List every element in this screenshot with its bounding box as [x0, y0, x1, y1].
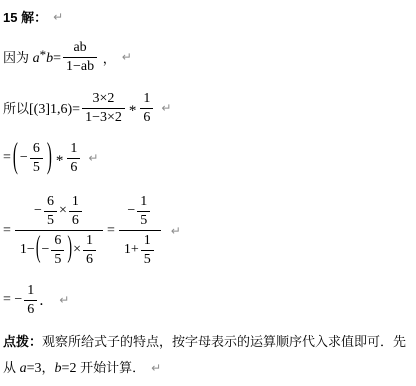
return-mark-icon: ↵ — [53, 10, 63, 24]
fraction-denominator: 6 — [83, 250, 96, 269]
equals-minus: = − — [3, 292, 22, 308]
fraction: 1 5 — [137, 193, 150, 229]
var-b: b — [55, 361, 62, 376]
fraction-denominator: 6 — [140, 108, 153, 127]
step1-line: = ( − 6 5 ) * 1 6 ↵ — [3, 140, 412, 176]
fraction-numerator: 1 — [141, 232, 154, 250]
fraction-numerator: 6 — [30, 140, 43, 158]
minus-sign: − — [41, 242, 49, 258]
heading-line: 15 解： ↵ — [3, 7, 412, 26]
b-value: =2 — [62, 361, 77, 376]
fraction-numerator: 6 — [51, 232, 64, 250]
var-a: a — [33, 51, 40, 66]
fraction-numerator: ab — [63, 39, 97, 57]
so-prefix: 所以 — [3, 101, 29, 116]
fraction-denominator: 5 — [30, 158, 43, 177]
return-mark-icon: ↵ — [59, 293, 69, 307]
minus-sign: − — [127, 203, 135, 219]
fraction-numerator: 1 — [83, 232, 96, 250]
because-prefix: 因为 — [3, 50, 33, 65]
big-fraction-numerator: − 6 5 × 1 6 — [15, 192, 103, 230]
right-paren: ) — [67, 232, 72, 267]
note-text-2: 开始计算． — [76, 360, 145, 375]
big-fraction-denominator: 1− ( − 6 5 ) × 1 6 — [15, 230, 103, 269]
fraction-denominator: 1−ab — [63, 57, 97, 76]
bracket-expression: [(3]1,6) — [29, 102, 72, 117]
big-fraction: − 6 5 × 1 6 1− ( − 6 5 ) — [15, 192, 103, 269]
fraction-numerator: 1 — [24, 282, 37, 300]
return-mark-icon: ↵ — [122, 50, 132, 64]
var-a: a — [20, 361, 27, 376]
fraction-denominator: 5 — [137, 211, 150, 230]
minus-sign: − — [20, 150, 28, 166]
document: 15 解： ↵ 因为 a*b= ab 1−ab ， ↵ 所以[(3]1,6)= … — [0, 0, 416, 386]
because-text-group: 因为 a*b= — [3, 47, 61, 67]
period: ． — [39, 290, 53, 310]
minus-sign: − — [34, 203, 42, 219]
left-paren: ( — [36, 232, 41, 267]
fraction: 1 6 — [69, 193, 82, 229]
fraction: 6 5 — [51, 232, 64, 268]
big-fraction-denominator: 1+ 1 5 — [119, 230, 161, 269]
so-line: 所以[(3]1,6)= 3×2 1−3×2 * 1 6 ↵ — [3, 90, 412, 126]
fraction-numerator: 1 — [137, 193, 150, 211]
fraction: 6 5 — [44, 193, 57, 229]
a-value: =3 — [27, 361, 42, 376]
return-mark-icon: ↵ — [171, 224, 181, 238]
times-sign: × — [73, 242, 81, 258]
fraction-denominator: 5 — [141, 250, 154, 269]
fraction: ab 1−ab — [63, 39, 97, 75]
equals-sign: = — [107, 223, 115, 239]
fraction: 1 6 — [83, 232, 96, 268]
because-line: 因为 a*b= ab 1−ab ， ↵ — [3, 39, 412, 75]
note-comma: ， — [42, 360, 55, 375]
fraction: 1 5 — [141, 232, 154, 268]
fraction-numerator: 1 — [140, 90, 153, 108]
fraction: 1 6 — [140, 90, 153, 126]
fraction: 1 6 — [67, 140, 80, 176]
star-operator: * — [56, 153, 64, 170]
star-operator: * — [129, 103, 137, 120]
so-text-group: 所以[(3]1,6)= — [3, 98, 80, 118]
equals-sign: = — [3, 150, 11, 166]
times-sign: × — [59, 203, 67, 219]
note-label: 点拨： — [3, 334, 42, 349]
result-line: = − 1 6 ． ↵ — [3, 282, 412, 318]
return-mark-icon: ↵ — [161, 101, 171, 115]
fraction-numerator: 1 — [67, 140, 80, 158]
big-fraction: − 1 5 1+ 1 5 — [119, 192, 161, 269]
fraction-denominator: 5 — [51, 250, 64, 269]
equals-sign: = — [3, 223, 11, 239]
fraction-numerator: 1 — [69, 193, 82, 211]
fraction-denominator: 6 — [67, 158, 80, 177]
return-mark-icon: ↵ — [151, 361, 161, 375]
fraction: 3×2 1−3×2 — [82, 90, 125, 126]
heading-text: 15 解： — [3, 7, 47, 26]
note-paragraph: 点拨：观察所给式子的特点，按字母表示的运算顺序代入求值即可．先从 a=3，b=2… — [3, 329, 412, 382]
fraction-numerator: 6 — [44, 193, 57, 211]
return-mark-icon: ↵ — [88, 151, 98, 165]
big-fraction-numerator: − 1 5 — [119, 192, 161, 230]
right-paren: ) — [47, 138, 52, 179]
fraction-denominator: 1−3×2 — [82, 108, 125, 127]
denominator-prefix: 1− — [20, 242, 35, 258]
comma: ， — [99, 48, 116, 67]
fraction-denominator: 5 — [44, 211, 57, 230]
fraction-denominator: 6 — [24, 300, 37, 319]
fraction-denominator: 6 — [69, 211, 82, 230]
denominator-prefix: 1+ — [124, 242, 139, 258]
step2-line: = − 6 5 × 1 6 1− ( − 6 5 — [3, 192, 412, 269]
fraction: 6 5 — [30, 140, 43, 176]
equals-sign: = — [72, 102, 80, 117]
fraction-numerator: 3×2 — [82, 90, 125, 108]
equals-sign: = — [53, 51, 61, 66]
left-paren: ( — [13, 138, 18, 179]
fraction: 1 6 — [24, 282, 37, 318]
